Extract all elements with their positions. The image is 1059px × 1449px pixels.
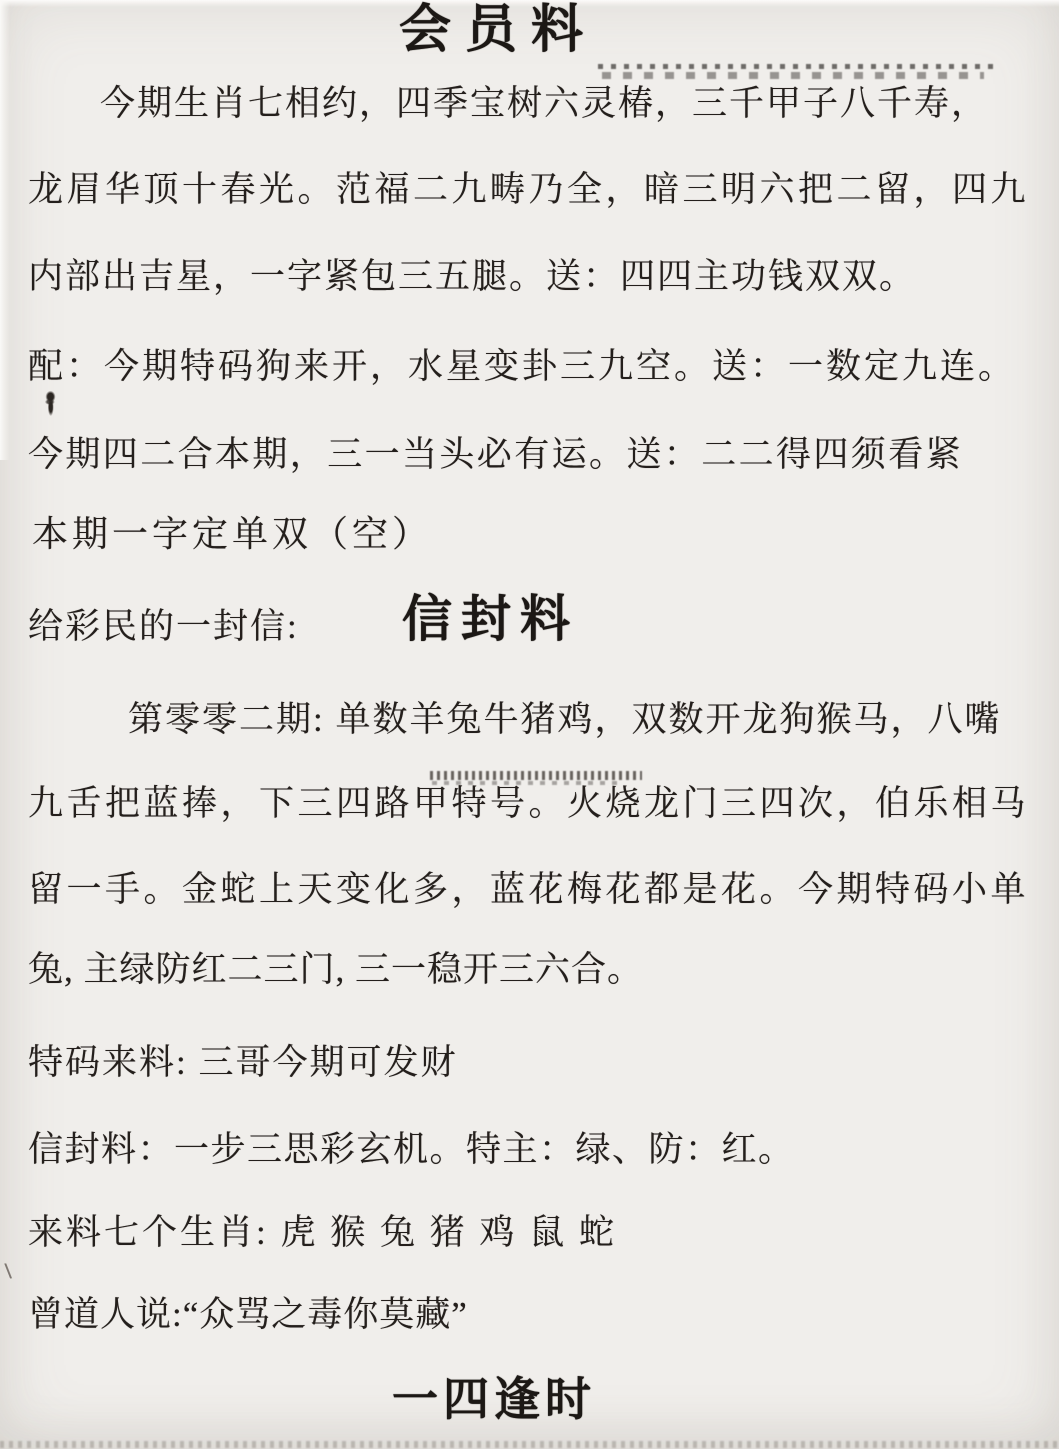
scanned-page: 会员料 今期生肖七相约，四季宝树六灵椿，三千甲子八千寿， 龙眉华顶十春光。范福二…: [0, 0, 1059, 1449]
member-line-1: 今期生肖七相约，四季宝树六灵椿，三千甲子八千寿，: [100, 84, 988, 124]
note-special-code: 特码来料: 三哥今期可发财: [28, 1043, 457, 1083]
member-line-5: 今期四二合本期，三一当头必有运。送：二二得四须看紧: [28, 435, 963, 475]
member-section-title: 会员料: [399, 2, 597, 59]
envelope-lead-label: 给彩民的一封信:: [28, 607, 299, 647]
envelope-body-line-3: 留一手。金蛇上天变化多，蓝花梅花都是花。今期特码小单: [28, 870, 1029, 910]
print-smudge-top: [598, 64, 996, 82]
margin-tick: [4, 1263, 19, 1279]
ink-speck: [44, 391, 57, 417]
member-line-3: 内部出吉星，一字紧包三五腿。送：四四主功钱双双。: [28, 257, 916, 297]
envelope-body-line-4: 兔, 主绿防红二三门, 三一稳开三六合。: [28, 950, 643, 990]
footer-title: 一四逢时: [392, 1375, 596, 1426]
note-envelope: 信封料：一步三思彩玄机。特主：绿、防：红。: [28, 1130, 795, 1170]
envelope-section-title: 信封料: [402, 592, 579, 647]
envelope-body-line-2: 九舌把蓝捧，下三四路甲特号。火烧龙门三四次，伯乐相马: [28, 784, 1029, 824]
member-line-4: 配：今期特码狗来开，水星变卦三九空。送：一数定九连。: [28, 347, 1016, 387]
member-line-6: 本期一字定单双（空）: [32, 514, 432, 555]
note-quote: 曾道人说:“众骂之毒你莫藏”: [28, 1295, 468, 1335]
scan-edge-left: [0, 0, 10, 460]
member-line-2: 龙眉华顶十春光。范福二九畴乃全，暗三明六把二留，四九: [28, 170, 1029, 210]
scan-noise-bottom: [0, 1441, 1059, 1448]
note-zodiacs: 来料七个生肖: 虎 猴 兔 猪 鸡 鼠 蛇: [28, 1213, 617, 1253]
envelope-body-line-1: 第零零二期: 单数羊兔牛猪鸡，双数开龙狗猴马，八嘴: [128, 700, 1001, 740]
